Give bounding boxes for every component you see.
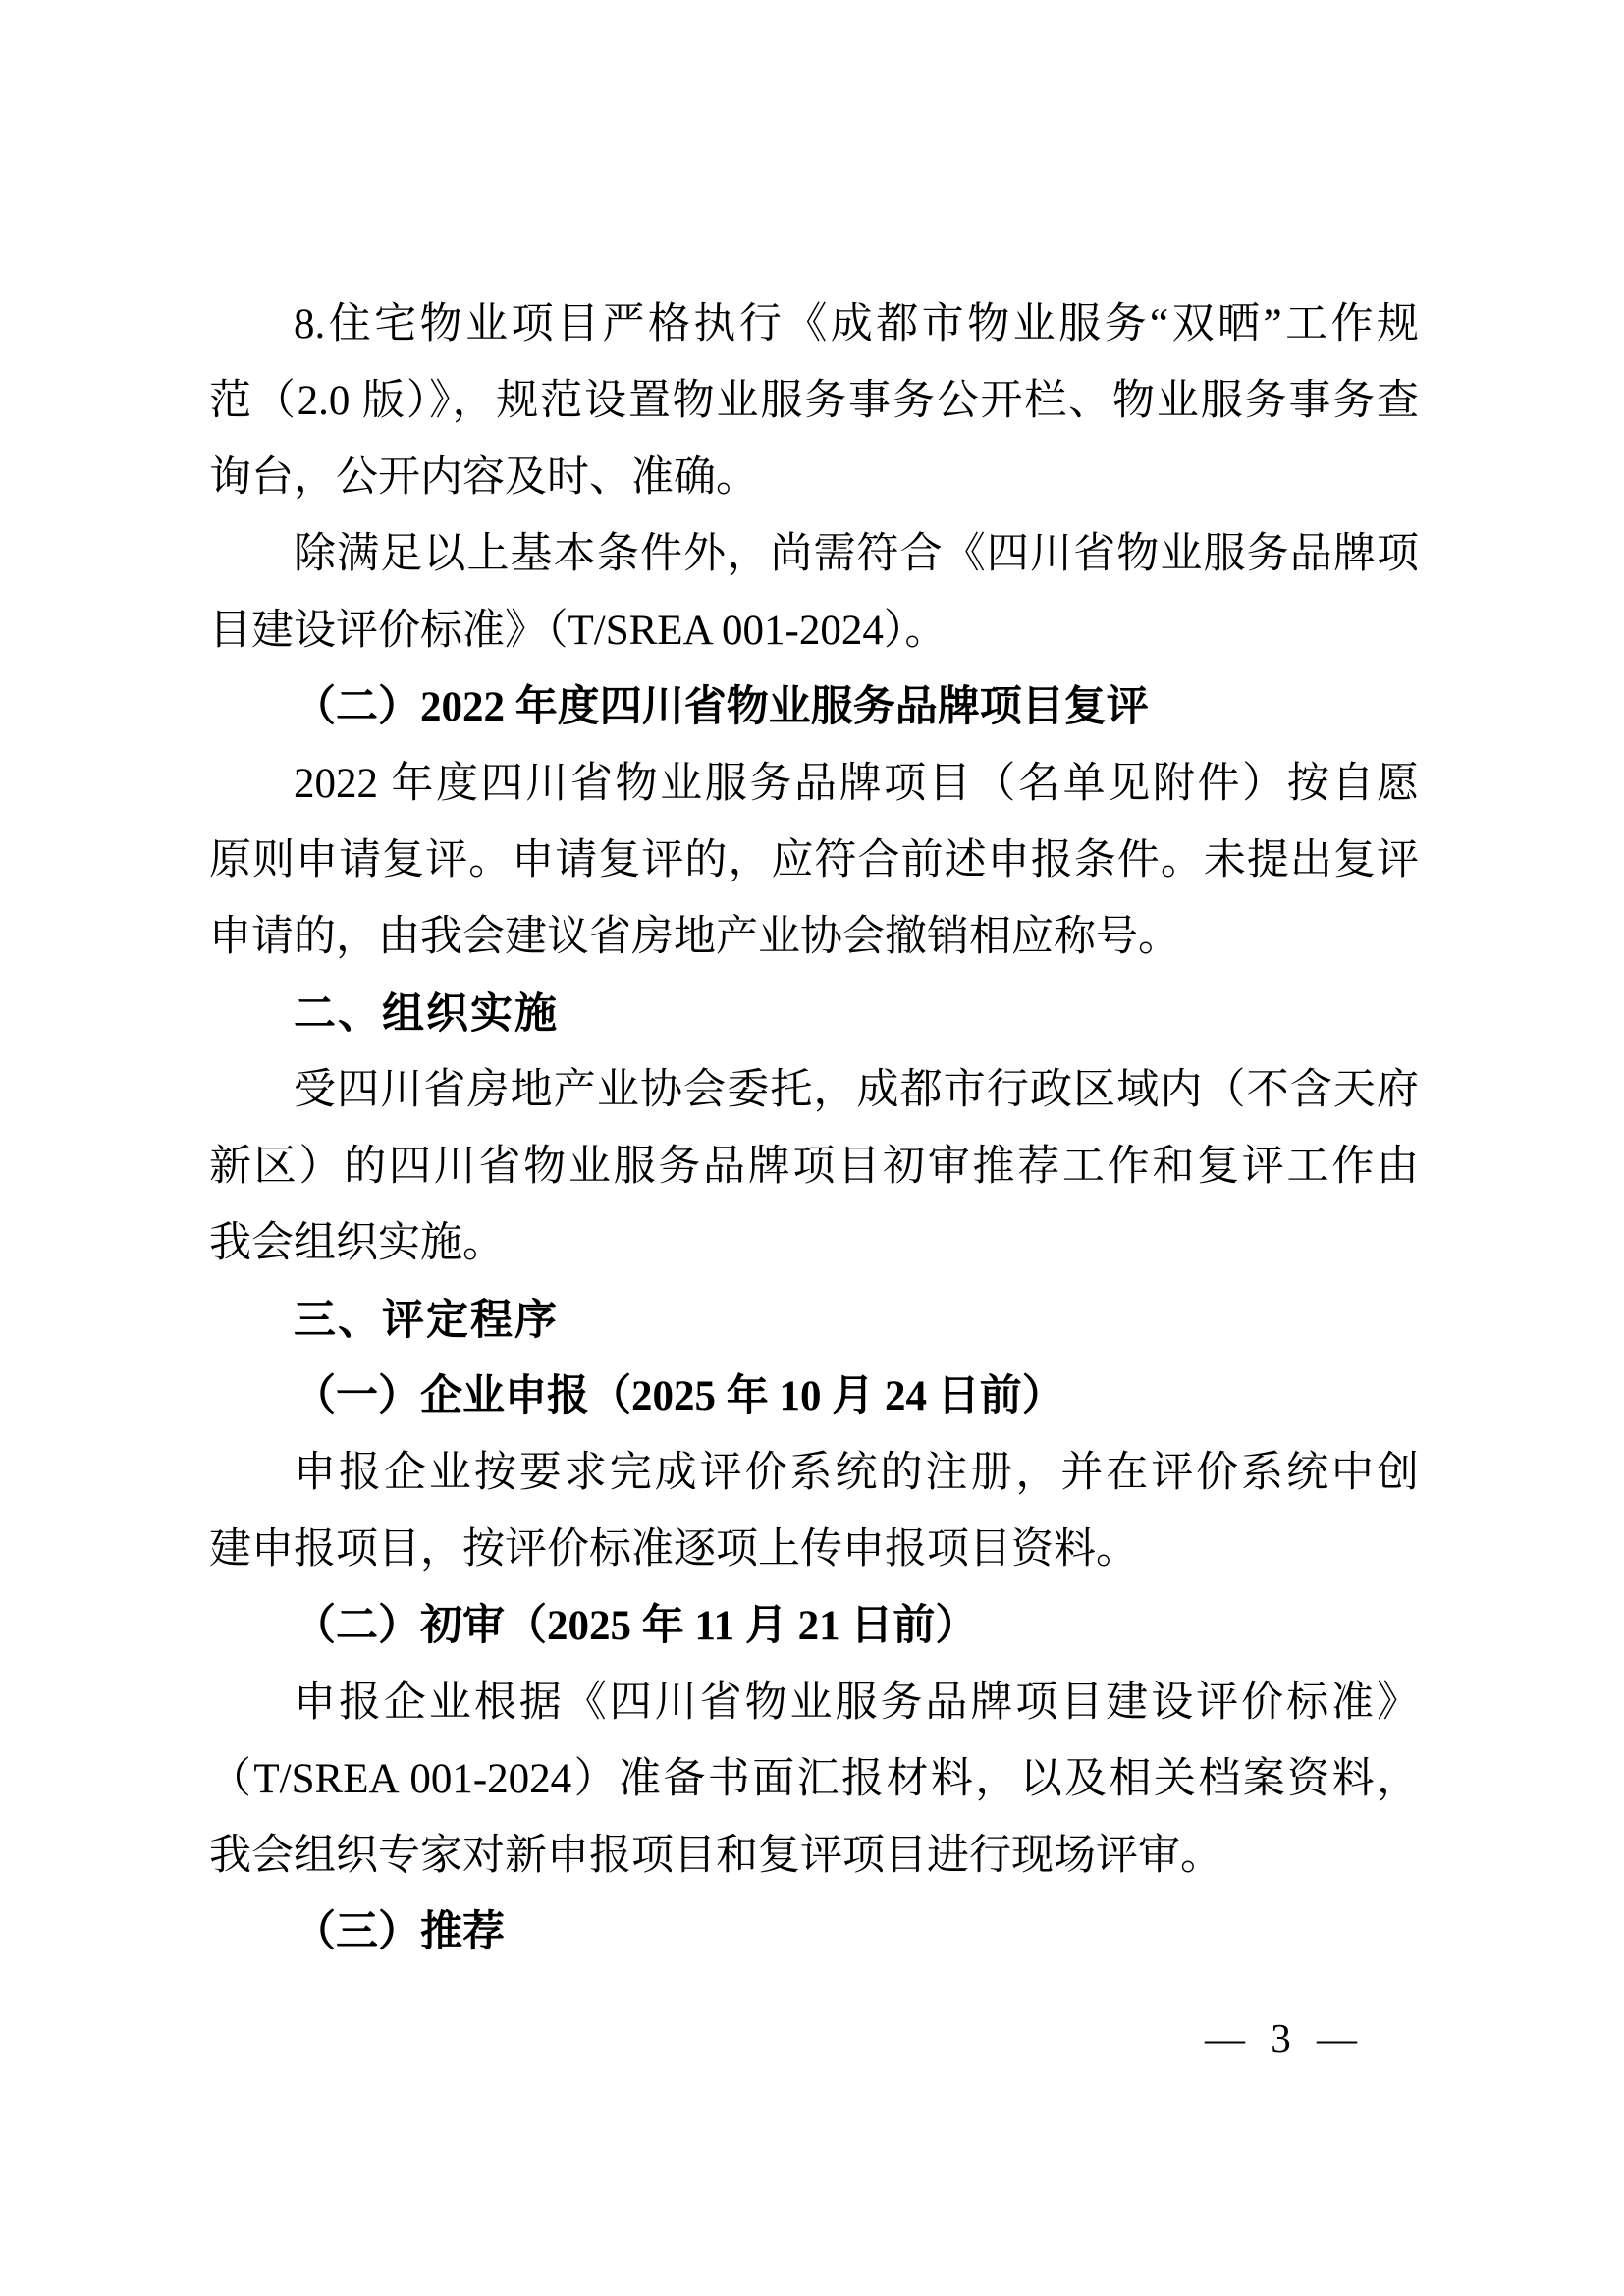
subsection-heading: （二）初审（2025 年 11 月 21 日前）: [209, 1588, 1419, 1665]
subsection-heading: （一）企业申报（2025 年 10 月 24 日前）: [209, 1359, 1419, 1435]
body-text-line: 目建设评价标准》（T/SREA 001-2024）。: [209, 593, 1419, 669]
document-page: 8.住宅物业项目严格执行《成都市物业服务“双晒”工作规范（2.0 版）》，规范设…: [0, 0, 1624, 2296]
body-text-line: 8.住宅物业项目严格执行《成都市物业服务“双晒”工作规: [209, 287, 1419, 363]
body-text-line: 受四川省房地产业协会委托，成都市行政区域内（不含天府: [209, 1052, 1419, 1129]
body-text-line: （T/SREA 001-2024）准备书面汇报材料，以及相关档案资料，: [209, 1741, 1419, 1818]
body-text-line: 原则申请复评。申请复评的，应符合前述申报条件。未提出复评: [209, 823, 1419, 899]
body-text-line: 申报企业根据《四川省物业服务品牌项目建设评价标准》: [209, 1665, 1419, 1741]
body-text-line: 我会组织专家对新申报项目和复评项目进行现场评审。: [209, 1818, 1419, 1895]
body-text-line: 申报企业按要求完成评价系统的注册，并在评价系统中创: [209, 1435, 1419, 1512]
body-text-line: 我会组织实施。: [209, 1205, 1419, 1282]
body-text-line: 新区）的四川省物业服务品牌项目初审推荐工作和复评工作由: [209, 1129, 1419, 1205]
body-text-line: 范（2.0 版）》，规范设置物业服务事务公开栏、物业服务事务查: [209, 363, 1419, 440]
subsection-heading: （三）推荐: [209, 1895, 1419, 1971]
body-text-line: 除满足以上基本条件外，尚需符合《四川省物业服务品牌项: [209, 516, 1419, 593]
body-text-line: 2022 年度四川省物业服务品牌项目（名单见附件）按自愿: [209, 746, 1419, 823]
section-heading: 三、评定程序: [209, 1282, 1419, 1359]
section-heading: 二、组织实施: [209, 976, 1419, 1052]
body-text-line: 询台，公开内容及时、准确。: [209, 440, 1419, 516]
subsection-heading: （二）2022 年度四川省物业服务品牌项目复评: [209, 669, 1419, 746]
document-body: 8.住宅物业项目严格执行《成都市物业服务“双晒”工作规范（2.0 版）》，规范设…: [209, 287, 1419, 1971]
page-number: — 3 —: [1205, 2008, 1365, 2067]
body-text-line: 建申报项目，按评价标准逐项上传申报项目资料。: [209, 1512, 1419, 1588]
body-text-line: 申请的，由我会建议省房地产业协会撤销相应称号。: [209, 899, 1419, 976]
